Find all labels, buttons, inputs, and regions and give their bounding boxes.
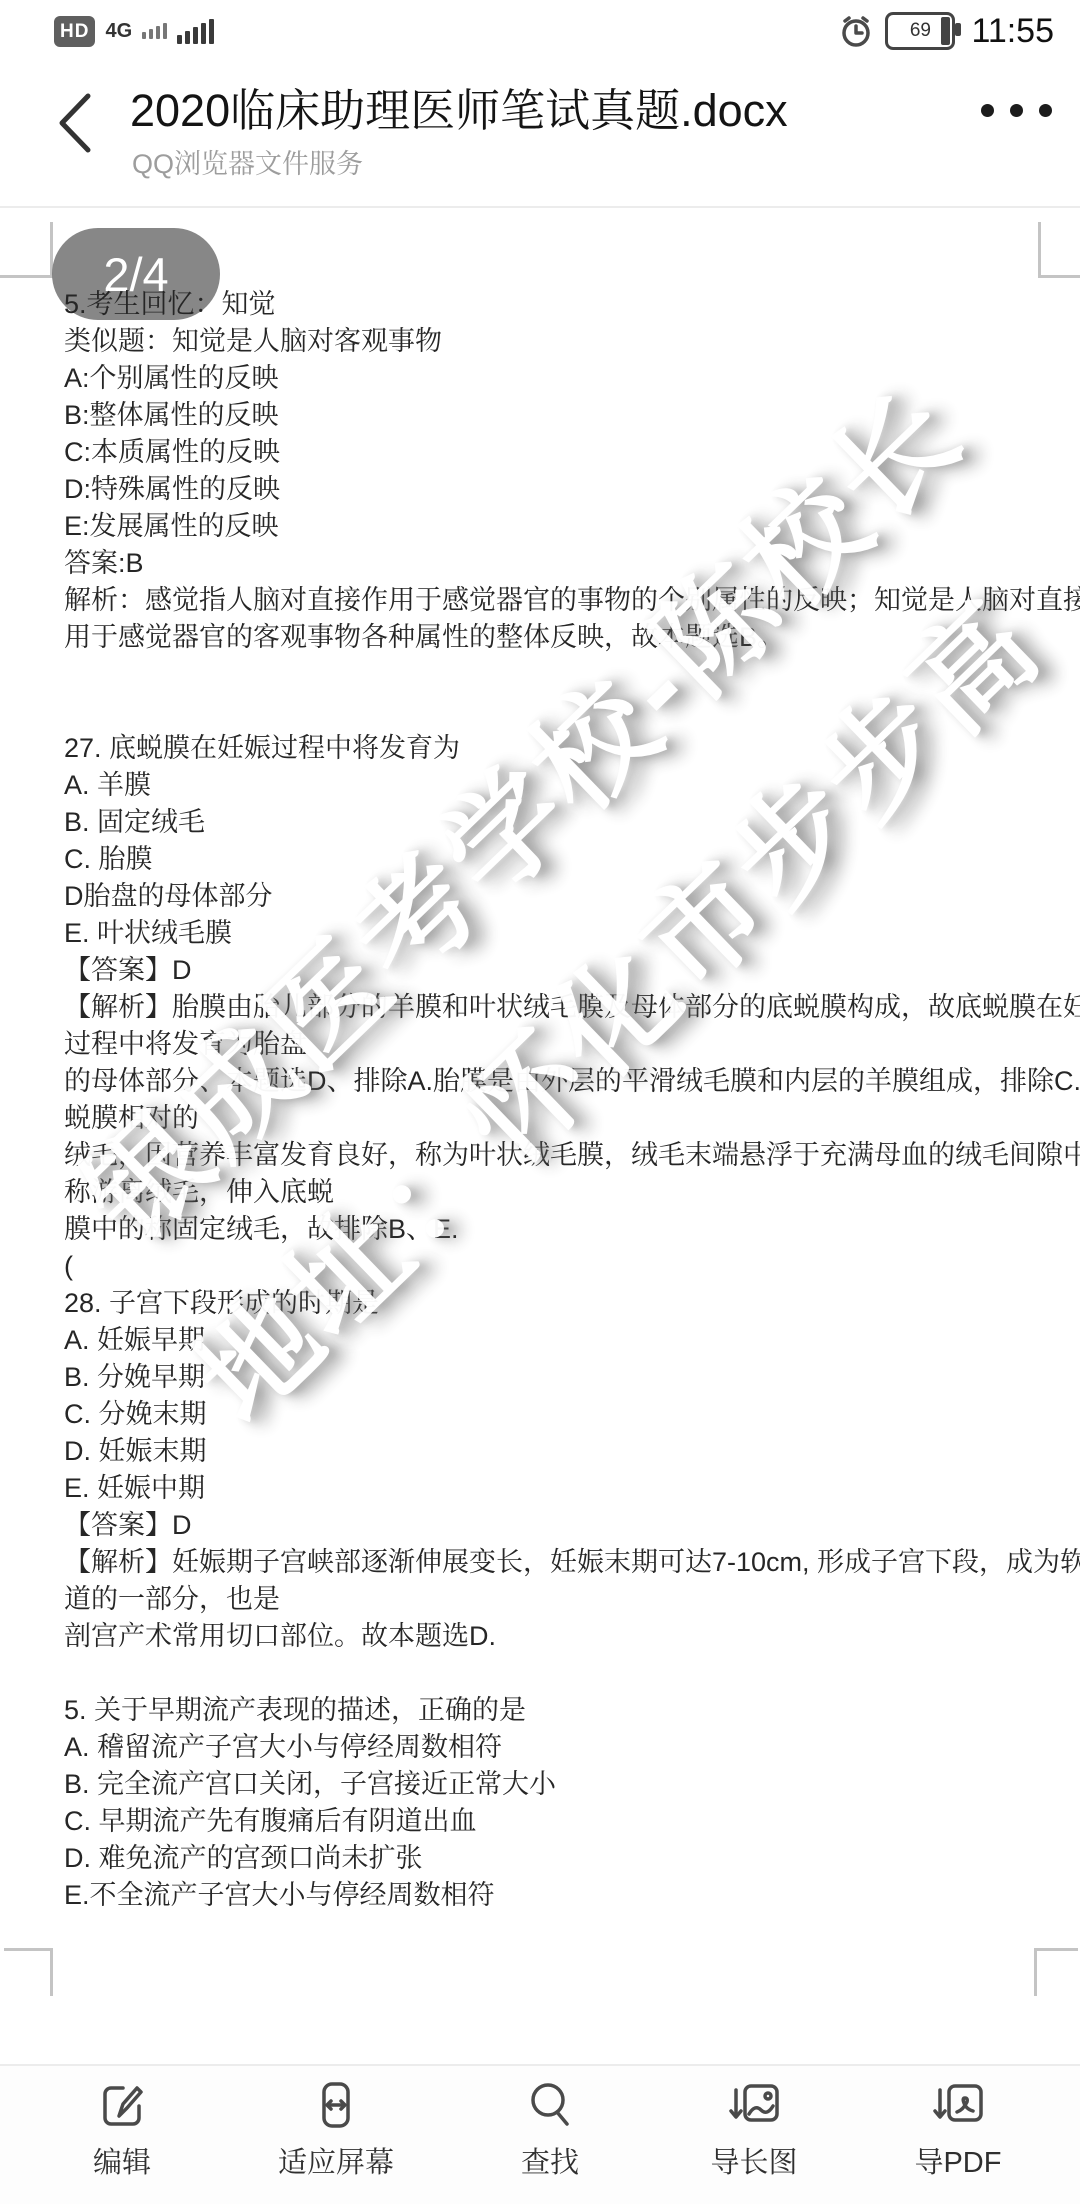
doc-line: B. 分娩早期	[0, 1359, 1080, 1396]
doc-line: 剖宫产术常用切口部位。故本题选D.	[0, 1618, 1080, 1655]
battery-icon: 69	[885, 12, 955, 50]
doc-line: 类似题：知觉是人脑对客观事物	[0, 323, 1080, 360]
export-pdf-button[interactable]: 导PDF	[910, 2076, 1006, 2204]
edit-button[interactable]: 编辑	[74, 2076, 170, 2204]
doc-line: 28. 子宫下段形成的时期是	[0, 1285, 1080, 1322]
export-long-image-button[interactable]: 导长图	[706, 2076, 802, 2204]
doc-line: 道的一部分，也是	[0, 1581, 1080, 1618]
back-icon[interactable]	[52, 90, 98, 156]
doc-line: A. 稽留流产子宫大小与停经周数相符	[0, 1729, 1080, 1766]
fit-screen-label: 适应屏幕	[278, 2140, 394, 2181]
doc-line: E. 叶状绒毛膜	[0, 915, 1080, 952]
doc-line: 【解析】妊娠期子宫峡部逐渐伸展变长，妊娠末期可达7-10cm, 形成子宫下段，成…	[0, 1544, 1080, 1581]
export-pdf-icon	[929, 2076, 987, 2134]
find-button[interactable]: 查找	[502, 2076, 598, 2204]
document-source: QQ浏览器文件服务	[132, 142, 363, 181]
doc-line: 【答案】D	[0, 1507, 1080, 1544]
doc-line: B. 完全流产宫口关闭，子宫接近正常大小	[0, 1766, 1080, 1803]
bottom-toolbar: 编辑 适应屏幕 查找	[0, 2066, 1080, 2204]
document-title: 2020临床助理医师笔试真题.docx	[130, 74, 890, 139]
search-icon	[521, 2076, 579, 2134]
hd-icon: HD	[54, 16, 95, 47]
doc-line: C. 分娩末期	[0, 1396, 1080, 1433]
doc-line	[0, 1655, 1080, 1692]
battery-level: 69	[910, 20, 931, 42]
doc-line: D. 妊娠末期	[0, 1433, 1080, 1470]
signal-bars-sim1-icon	[142, 23, 167, 39]
edit-label: 编辑	[93, 2140, 151, 2181]
header: 2020临床助理医师笔试真题.docx QQ浏览器文件服务	[0, 56, 1080, 208]
doc-line: 5.考生回忆：知觉	[0, 286, 1080, 323]
battery-fill	[941, 17, 950, 45]
find-label: 查找	[521, 2140, 579, 2181]
clock-time: 11:55	[971, 12, 1054, 51]
doc-line: 答案:B	[0, 545, 1080, 582]
export-long-image-label: 导长图	[710, 2140, 797, 2181]
export-pdf-label: 导PDF	[914, 2140, 1001, 2181]
status-bar: HD 4G 69 11:55	[0, 0, 1080, 56]
fit-screen-button[interactable]: 适应屏幕	[278, 2076, 394, 2204]
doc-line: E. 妊娠中期	[0, 1470, 1080, 1507]
network-type-label: 4G	[105, 21, 132, 41]
more-menu-icon[interactable]	[981, 104, 1052, 117]
header-divider	[0, 206, 1080, 208]
screen: HD 4G 69 11:55	[0, 0, 1080, 2204]
doc-line: C. 早期流产先有腹痛后有阴道出血	[0, 1803, 1080, 1840]
fit-screen-icon	[307, 2076, 365, 2134]
export-long-image-icon	[725, 2076, 783, 2134]
signal-bars-sim2-icon	[177, 19, 214, 44]
doc-line: E.不全流产子宫大小与停经周数相符	[0, 1877, 1080, 1914]
doc-line: D. 难免流产的宫颈口尚未扩张	[0, 1840, 1080, 1877]
doc-line: 5. 关于早期流产表现的描述，正确的是	[0, 1692, 1080, 1729]
edit-icon	[93, 2076, 151, 2134]
alarm-clock-icon	[837, 12, 875, 50]
